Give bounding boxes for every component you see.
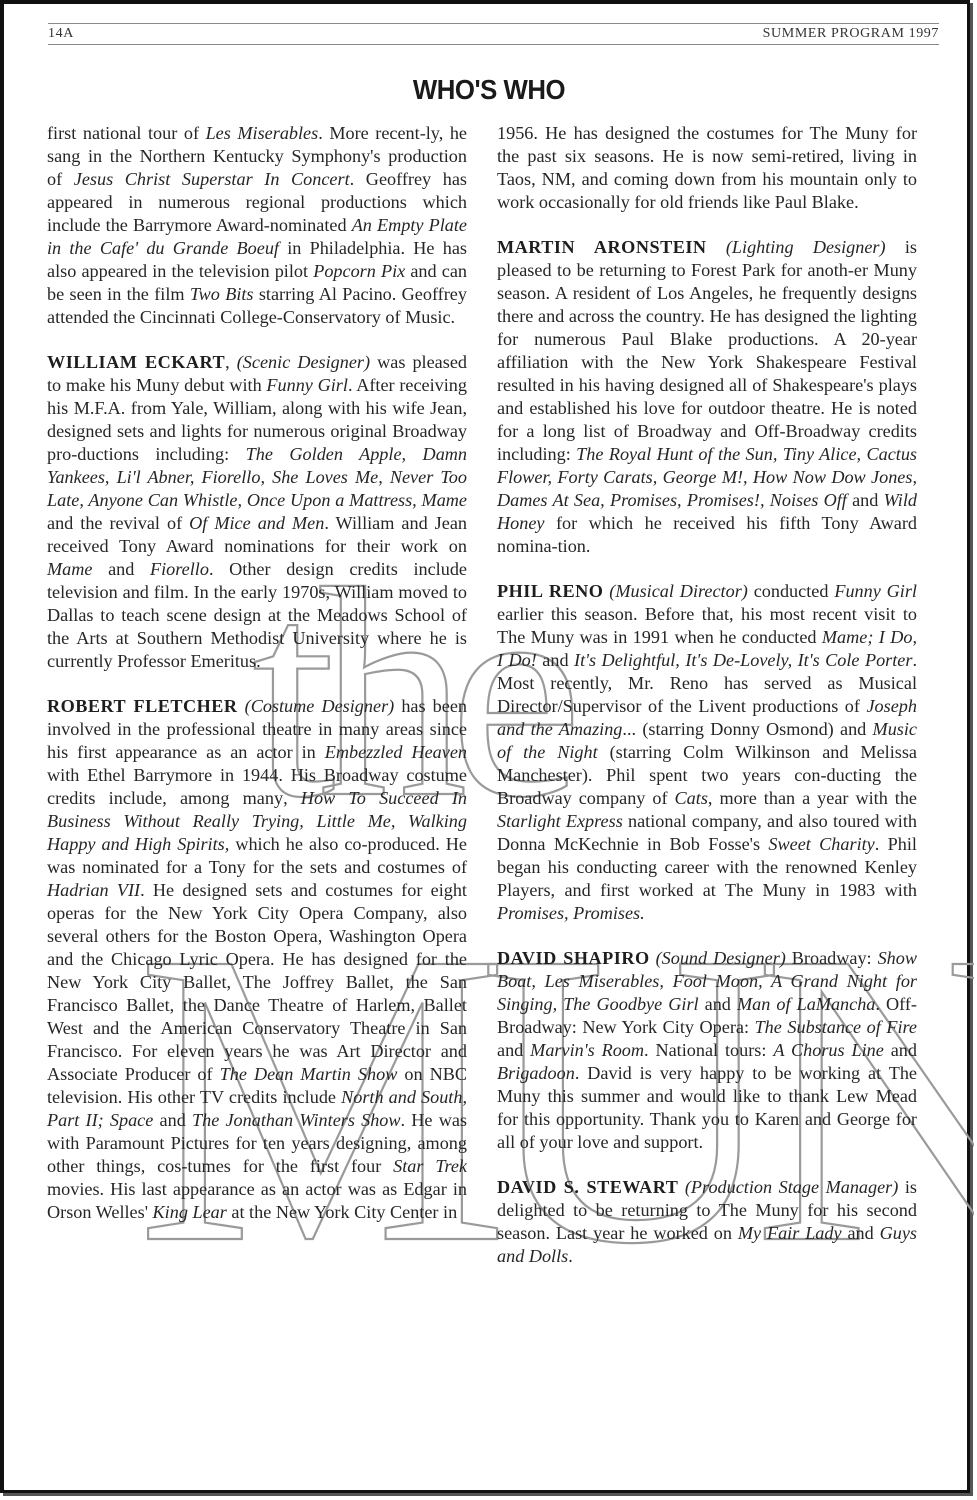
bio-phil-reno: PHIL RENO (Musical Director) conducted F… xyxy=(497,580,917,925)
bio-continued-fletcher: 1956. He has designed the costumes for T… xyxy=(497,122,917,214)
page-number: 14A xyxy=(48,24,74,44)
bio-robert-fletcher: ROBERT FLETCHER (Costume Designer) has b… xyxy=(47,695,467,1224)
bio-name: PHIL RENO xyxy=(497,581,603,601)
bio-william-eckart: WILLIAM ECKART, (Scenic Designer) was pl… xyxy=(47,351,467,673)
bio-role: (Lighting Designer) xyxy=(726,237,886,257)
bio-role: (Production Stage Manager) xyxy=(685,1177,898,1197)
bio-martin-aronstein: MARTIN ARONSTEIN (Lighting Designer) is … xyxy=(497,236,917,558)
right-column: 1956. He has designed the costumes for T… xyxy=(497,122,917,1290)
bio-role: (Scenic Designer) xyxy=(237,352,370,372)
bio-name: ROBERT FLETCHER xyxy=(47,696,238,716)
bio-role: (Musical Director) xyxy=(609,581,748,601)
bio-name: DAVID SHAPIRO xyxy=(497,948,650,968)
page-title: WHO'S WHO xyxy=(43,74,935,106)
bio-david-shapiro: DAVID SHAPIRO (Sound Designer) Broadway:… xyxy=(497,947,917,1154)
running-header: 14A SUMMER PROGRAM 1997 xyxy=(48,23,939,45)
program-page: 14A SUMMER PROGRAM 1997 WHO'S WHO the MU… xyxy=(0,0,970,1493)
publication-title: SUMMER PROGRAM 1997 xyxy=(763,24,939,44)
bio-role: (Sound Designer) xyxy=(656,948,786,968)
bio-name: DAVID S. STEWART xyxy=(497,1177,678,1197)
left-column: first national tour of Les Miserables. M… xyxy=(47,122,467,1246)
bio-continued-geoffrey: first national tour of Les Miserables. M… xyxy=(47,122,467,329)
bio-david-s-stewart: DAVID S. STEWART (Production Stage Manag… xyxy=(497,1176,917,1268)
bio-role: (Costume Designer) xyxy=(245,696,395,716)
bio-name: WILLIAM ECKART xyxy=(47,352,225,372)
bio-name: MARTIN ARONSTEIN xyxy=(497,237,707,257)
